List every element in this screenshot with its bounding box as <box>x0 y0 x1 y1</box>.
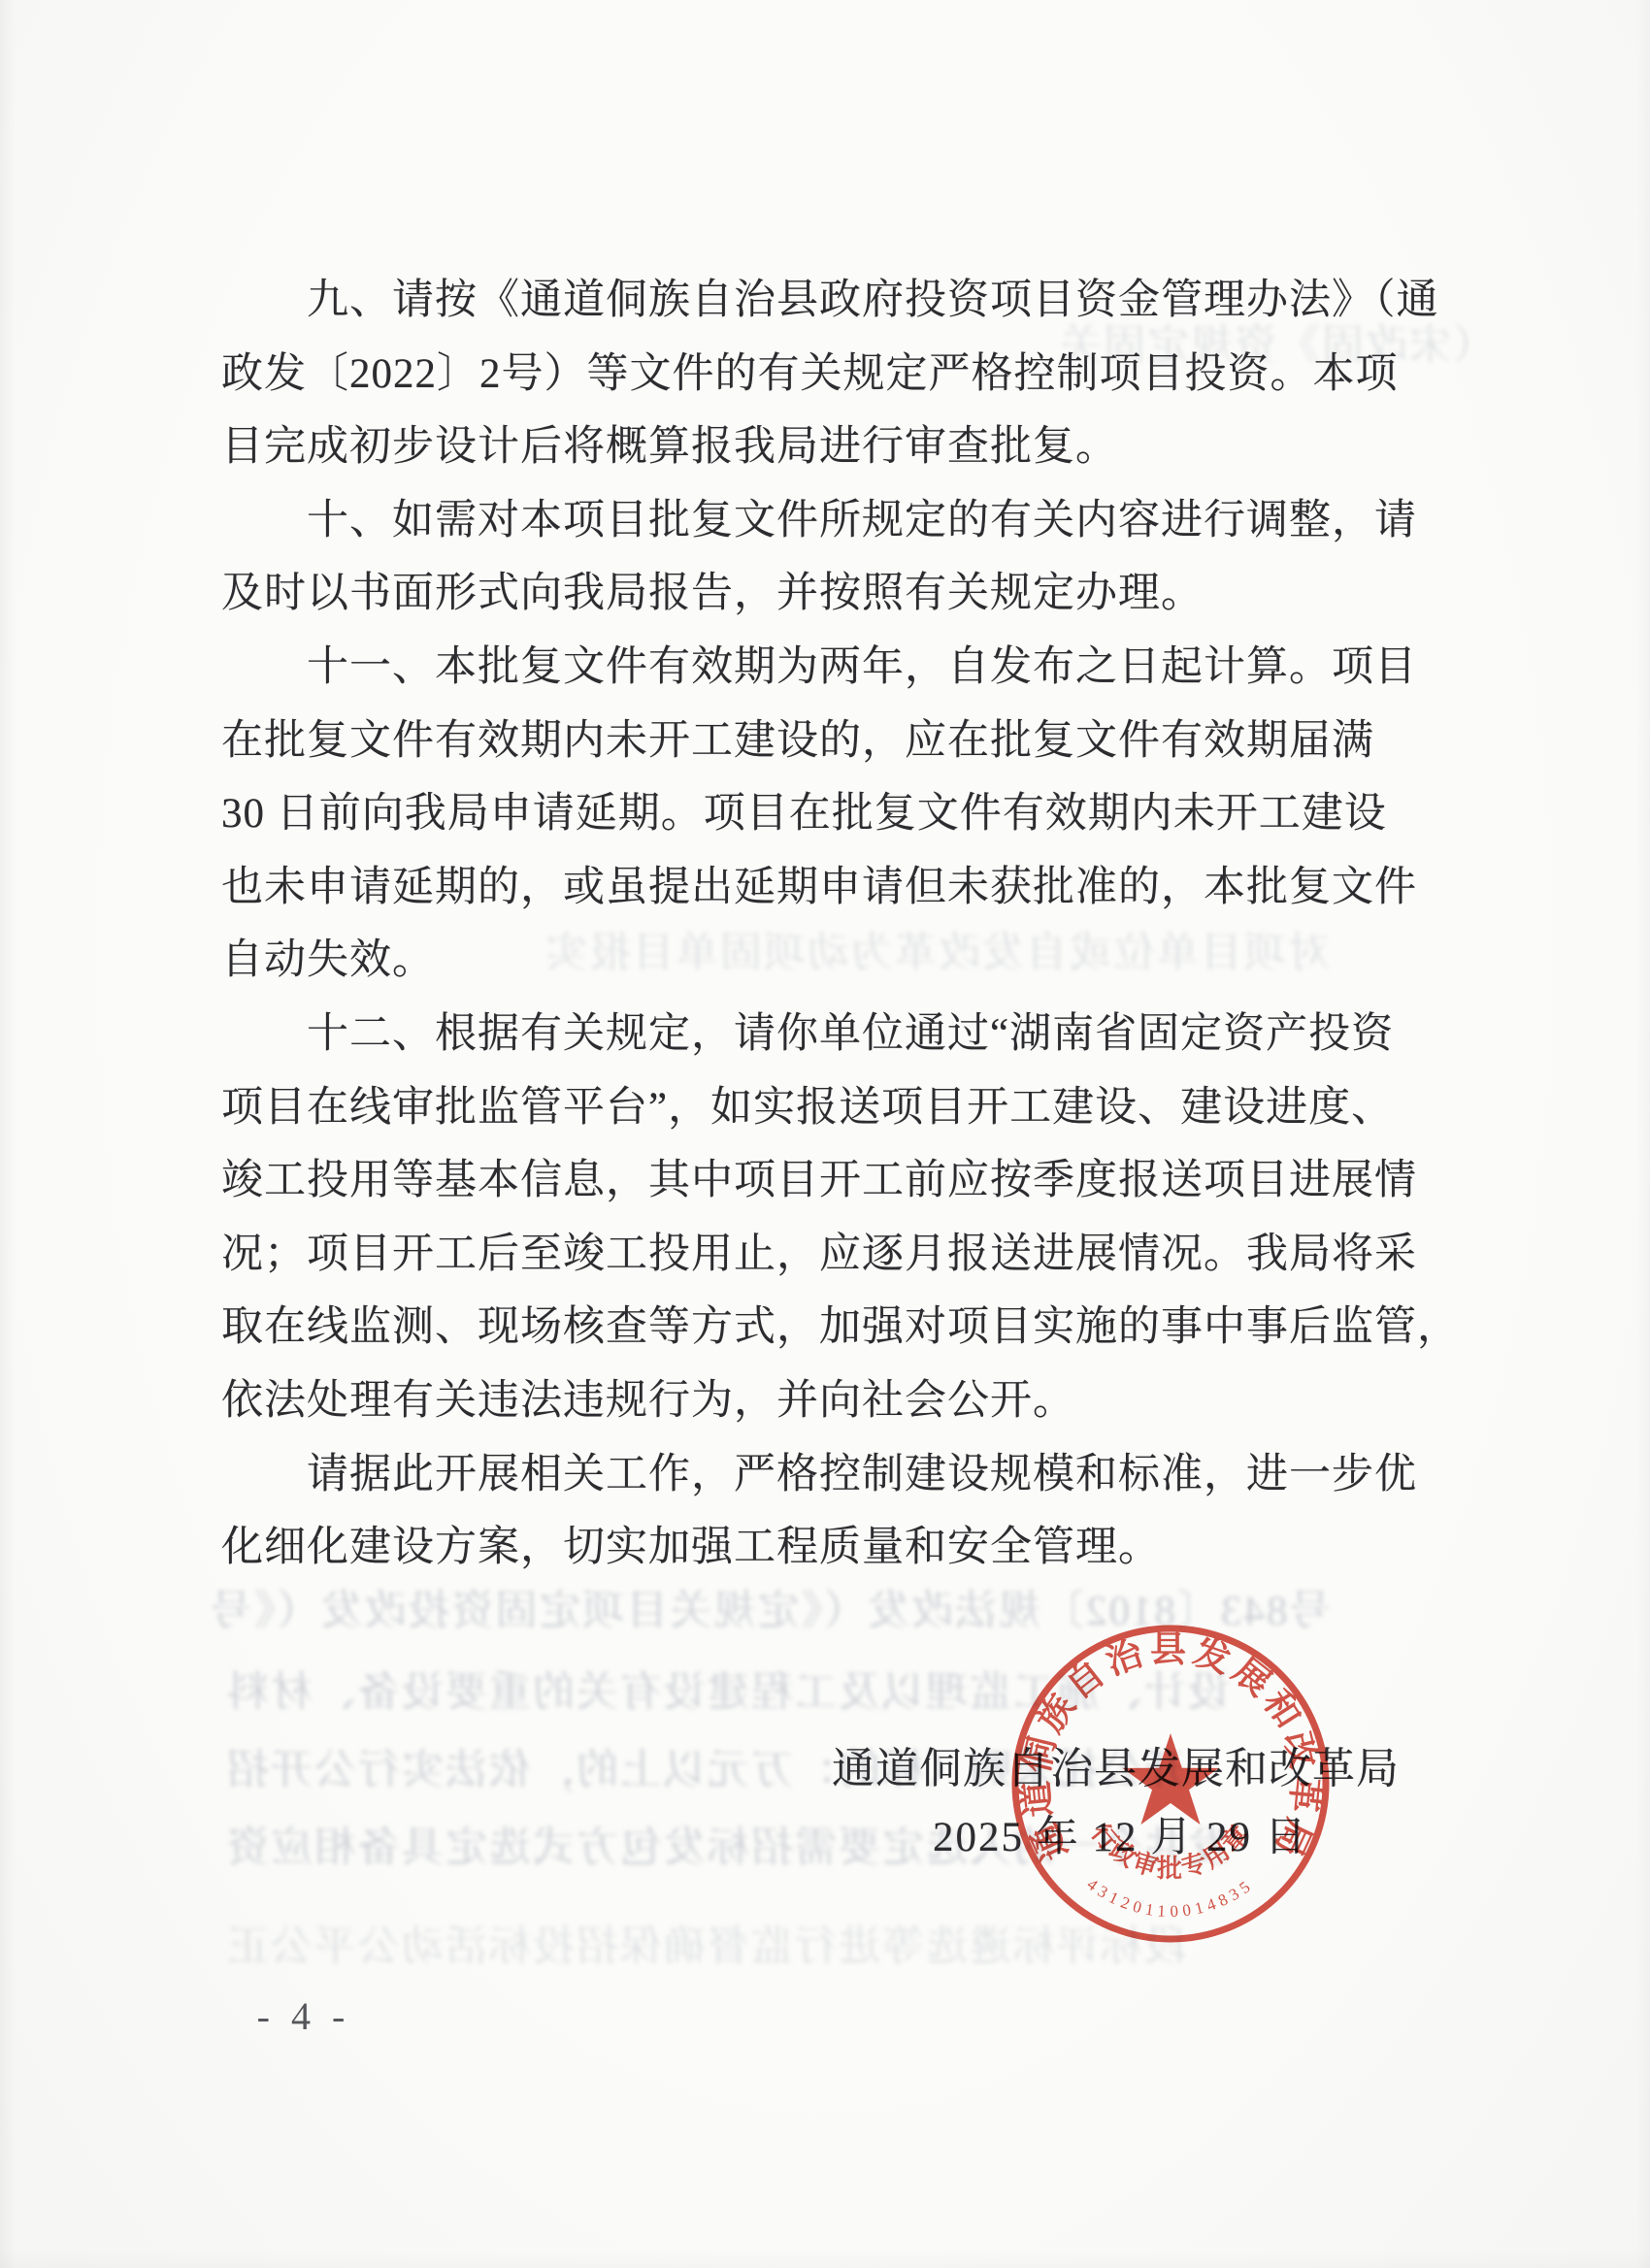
body-line: 况；项目开工后至竣工投用止，应逐月报送进展情况。我局将采 <box>221 1218 1460 1292</box>
star-icon <box>1123 1733 1219 1824</box>
body-line: 也未申请延期的，或虽提出延期申请但未获批准的，本批复文件 <box>221 851 1460 925</box>
seal-inner-text: 行政审批专用章 <box>1086 1818 1256 1883</box>
official-seal: 通道侗族自治县发展和改革局 行政审批专用章 43120110014835 <box>1006 1619 1336 1949</box>
body-line: 自动失效。 <box>221 924 1460 998</box>
body-line: 十二、根据有关规定，请你单位通过“湖南省固定资产投资 <box>221 998 1460 1071</box>
body-line: 竣工投用等基本信息，其中项目开工前应按季度报送项目进展情 <box>221 1144 1460 1218</box>
document-body: 九、请按《通道侗族自治县政府投资项目资金管理办法》（通 政发〔2022〕2号）等… <box>221 264 1460 1585</box>
body-line: 依法处理有关违法违规行为，并向社会公开。 <box>221 1364 1460 1438</box>
body-line: 及时以书面形式向我局报告，并按照有关规定办理。 <box>221 557 1460 631</box>
body-line: 十、如需对本项目批复文件所规定的有关内容进行调整，请 <box>221 484 1460 558</box>
body-line: 在批复文件有效期内未开工建设的，应在批复文件有效期届满 <box>221 705 1460 778</box>
body-line: 项目在线审批监管平台”，如实报送项目开工建设、建设进度、 <box>221 1071 1460 1145</box>
body-line: 请据此开展相关工作，严格控制建设规模和标准，进一步优 <box>221 1438 1460 1512</box>
body-line: 目完成初步设计后将概算报我局进行审查批复。 <box>221 411 1460 484</box>
page-number: - 4 - <box>231 1991 377 2042</box>
body-line: 化细化建设方案，切实加强工程质量和安全管理。 <box>221 1511 1460 1585</box>
body-line: 九、请按《通道侗族自治县政府投资项目资金管理办法》（通 <box>221 264 1460 338</box>
body-line: 30 日前向我局申请延期。项目在批复文件有效期内未开工建设 <box>221 777 1460 851</box>
body-line: 十一、本批复文件有效期为两年，自发布之日起计算。项目 <box>221 631 1460 705</box>
body-line: 政发〔2022〕2号）等文件的有关规定严格控制项目投资。本项 <box>221 338 1460 411</box>
body-line: 取在线监测、现场核查等方式，加强对项目实施的事中事后监管， <box>221 1291 1460 1364</box>
